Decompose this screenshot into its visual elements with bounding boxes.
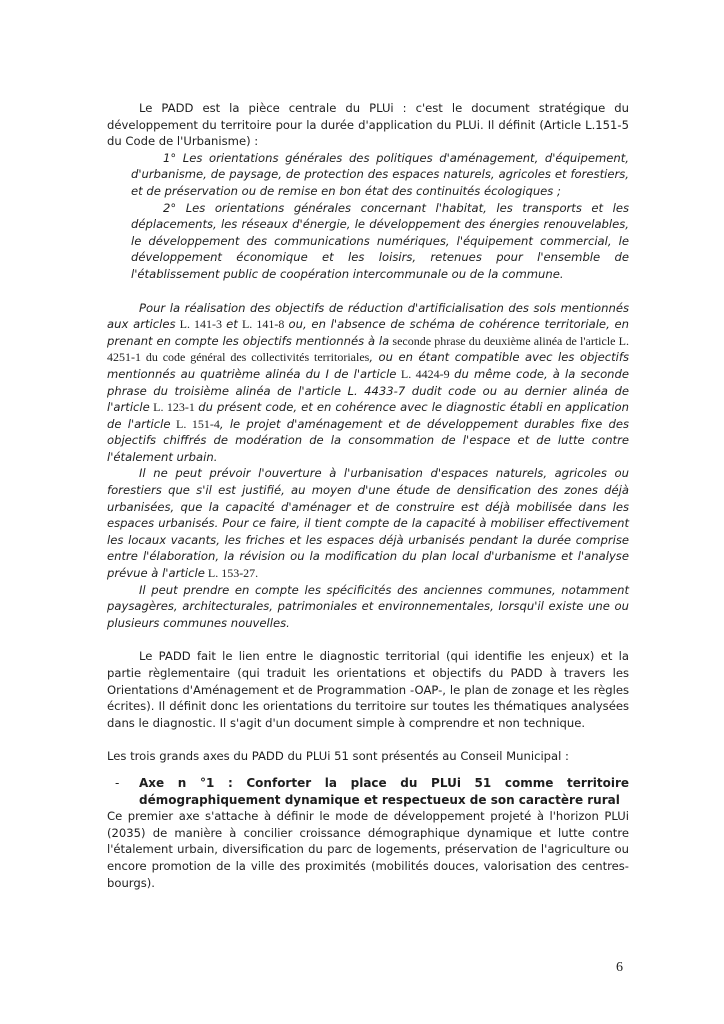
- axe-1-description: Ce premier axe s'attache à définir le mo…: [107, 808, 629, 891]
- quote-item-2: 2° Les orientations générales concernant…: [131, 200, 629, 283]
- spacer: [107, 765, 629, 775]
- document-page: Le PADD est la pièce centrale du PLUi : …: [107, 100, 629, 891]
- spacer: [107, 731, 629, 748]
- bullet-dash: -: [115, 775, 139, 808]
- axes-intro: Les trois grands axes du PADD du PLUi 51…: [107, 748, 629, 765]
- spacer: [107, 631, 629, 648]
- legal-paragraph-1: Pour la réalisation des objectifs de réd…: [107, 300, 629, 466]
- quote-item-1: 1° Les orientations générales des politi…: [131, 150, 629, 200]
- axe-1-title: Axe n °1 : Conforter la place du PLUi 51…: [139, 775, 629, 808]
- legal-paragraph-3: Il peut prendre en compte les spécificit…: [107, 582, 629, 632]
- spacer: [107, 283, 629, 300]
- legal-paragraph-2: Il ne peut prévoir l'ouverture à l'urban…: [107, 465, 629, 581]
- page-number: 6: [616, 960, 623, 976]
- intro-paragraph: Le PADD est la pièce centrale du PLUi : …: [107, 100, 629, 150]
- axe-1-heading: - Axe n °1 : Conforter la place du PLUi …: [115, 775, 629, 808]
- article-quote: 1° Les orientations générales des politi…: [131, 150, 629, 283]
- link-paragraph: Le PADD fait le lien entre le diagnostic…: [107, 648, 629, 731]
